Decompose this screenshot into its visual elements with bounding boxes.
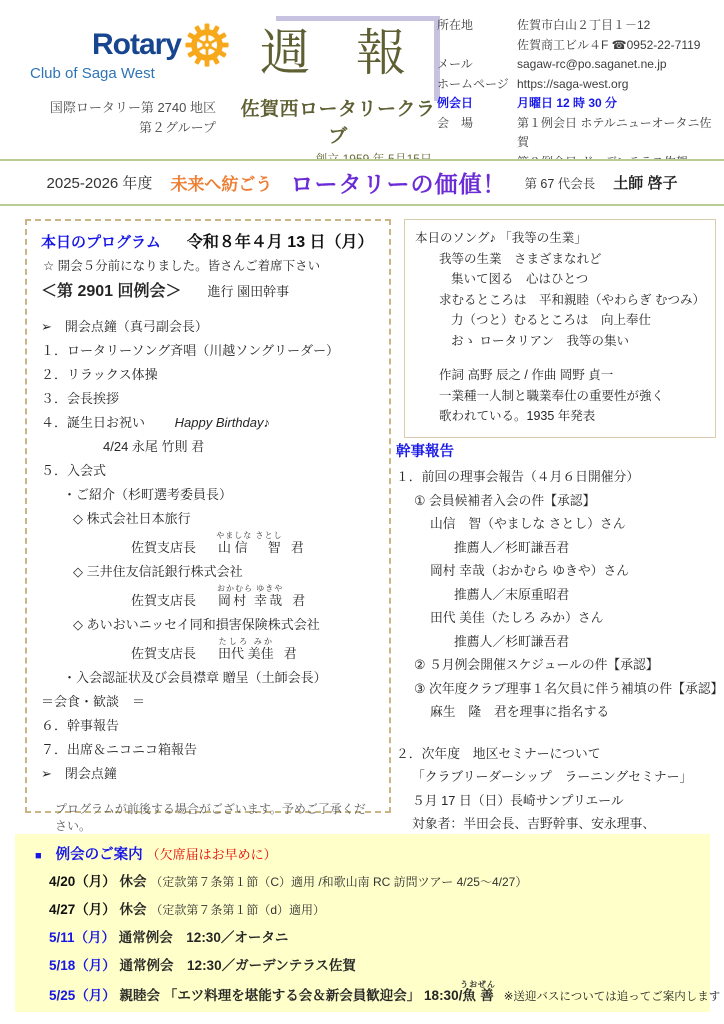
- facilitator: 進行 園田幹事: [208, 281, 290, 300]
- candidate-name: 田代 美佳（たしろ みか）さん: [396, 606, 720, 630]
- honorific: 君: [284, 646, 297, 661]
- program-item-opening-bell: ➢ 開会点鐘（真弓副会長）: [41, 315, 375, 339]
- shuttle-bus-note: ※送迎バスについては追ってご案内します: [504, 991, 720, 1003]
- member-role: 佐賀支店長: [131, 593, 196, 608]
- program-item-induction: ５．入会式: [41, 459, 375, 483]
- info-label: [437, 36, 517, 56]
- new-member-2: 佐賀支店長岡村 幸哉おかむら ゆきや君: [41, 584, 375, 613]
- schedule-date: 4/20（月）: [49, 874, 116, 889]
- email-link[interactable]: sagaw-rc@po.saganet.ne.jp: [517, 55, 719, 75]
- info-value: 佐賀市白山２丁目１－12: [517, 16, 719, 36]
- new-member-1: 佐賀支店長山信 智やましな さとし君: [41, 531, 375, 560]
- secretary-spacer: [396, 724, 720, 742]
- song-title: 本日のソング♪ 「我等の生業」: [415, 228, 705, 249]
- pre-opening-notice: ☆ 開会５分前になりました。皆さんご着席下さい: [43, 256, 375, 274]
- info-label: 会 場: [437, 114, 517, 153]
- certificate-presentation: ・入会認証状及び会員襟章 贈呈（土師会長）: [41, 666, 375, 690]
- corner-bracket-decoration: [276, 16, 440, 101]
- seminar-date-venue: ５月 17 日（日）長崎サンプリエール: [396, 789, 720, 813]
- agenda-item-1: ① 会員候補者入会の件【承認】: [396, 489, 720, 513]
- schedule-header: ■ 例会のご案内 （欠席届はお早めに）: [35, 843, 690, 864]
- info-label: メール: [437, 55, 517, 75]
- schedule-detail: （定款第７条第１節（C）適用 /和歌山南 RC 訪問ツアー 4/25～4/27）: [150, 875, 527, 889]
- info-label: 所在地: [437, 16, 517, 36]
- homepage-link[interactable]: https://saga-west.org: [517, 75, 719, 95]
- program-title: 本日のプログラム: [41, 231, 161, 252]
- song-spacer: [415, 351, 705, 365]
- info-label: ホームページ: [437, 75, 517, 95]
- rotary-logo-block: Rotary: [30, 22, 230, 138]
- contact-info-block: 所在地 佐賀市白山２丁目１－12 佐賀商工ビル４F ☎0952-22-7119 …: [437, 16, 719, 172]
- program-item-birthday: ４．誕生日お祝い Happy Birthday♪: [41, 411, 375, 435]
- district-seminar-heading: ２．次年度 地区セミナーについて: [396, 742, 720, 766]
- meal-chat-divider: ＝会食・歓談 ＝: [41, 690, 375, 714]
- honorific: 君: [292, 593, 305, 608]
- schedule-date: 4/27（月）: [49, 902, 116, 917]
- member-role: 佐賀支店長: [131, 646, 196, 661]
- candidate-name: 山信 智（やましな さとし）さん: [396, 512, 720, 536]
- info-row-address2: 佐賀商工ビル４F ☎0952-22-7119: [437, 36, 719, 56]
- club-slogan: 未来へ紡ごう: [170, 170, 272, 195]
- schedule-event: 通常例会 12:30／ガーデンテラス佐賀: [120, 958, 356, 973]
- new-member-company-2: ◇ 三井住友信託銀行株式会社: [41, 560, 375, 584]
- banner-divider-line: [0, 204, 724, 206]
- program-item-attendance-report: ７．出席＆ニコニコ箱報告: [41, 738, 375, 762]
- secretary-report-section: 幹事報告 １．前回の理事会報告（４月６日開催分） ① 会員候補者入会の件【承認】…: [396, 440, 720, 859]
- bulletin-title-block: 週 報 佐賀西ロータリークラブ 創立 1959 年 5月15日: [238, 12, 438, 167]
- schedule-date: 5/11（月）: [49, 930, 115, 945]
- venue-furigana: うおぜん: [460, 980, 496, 989]
- schedule-event: 休会: [120, 902, 147, 917]
- program-date: 令和８年４月 13 日（月）: [187, 229, 374, 252]
- secretary-report-heading: 幹事報告: [396, 440, 720, 461]
- rotary-wheel-icon: [184, 22, 230, 73]
- info-row-email: メール sagaw-rc@po.saganet.ne.jp: [437, 55, 719, 75]
- bulletin-page: Rotary: [0, 0, 724, 1024]
- recommender: 推薦人／末原重昭君: [396, 583, 720, 607]
- recommender: 推薦人／杉町謙吾君: [396, 630, 720, 654]
- seminar-name: 「クラブリーダーシップ ラーニングセミナー」: [396, 765, 720, 789]
- member-name: 田代 美佳たしろ みか: [218, 646, 274, 661]
- honorific: 君: [291, 540, 304, 555]
- program-item-secretary-report: ６．幹事報告: [41, 714, 375, 738]
- program-header: 本日のプログラム 令和８年４月 13 日（月）: [41, 229, 375, 252]
- info-row-venue: 会 場 第１例会日 ホテルニューオータニ佐賀: [437, 114, 719, 153]
- agenda-item-2: ② ５月例会開催スケジュールの件【承認】: [396, 653, 720, 677]
- meeting-schedule-box: ■ 例会のご案内 （欠席届はお早めに） 4/20（月） 休会 （定款第７条第１節…: [15, 834, 710, 1012]
- info-row-address: 所在地 佐賀市白山２丁目１－12: [437, 16, 719, 36]
- song-lyric-line: 求むるところは 平和親睦（やわらぎ むつみ）: [415, 290, 705, 311]
- song-lyric-line: おゝ ロータリアン 我等の集い: [415, 331, 705, 352]
- schedule-row: 4/20（月） 休会 （定款第７条第１節（C）適用 /和歌山南 RC 訪問ツアー…: [35, 868, 690, 896]
- rotary-wordmark: Rotary: [92, 30, 181, 60]
- info-value-phone: 佐賀商工ビル４F ☎0952-22-7119: [517, 36, 719, 56]
- seminar-attendees-line: 対象者：半田会長、吉野幹事、安永理事、: [396, 812, 720, 836]
- schedule-event: 親睦会 「エツ料理を堪能する会＆新会員歓迎会」 18:30/: [120, 988, 463, 1003]
- song-lyric-line: 集いて図る 心はひとつ: [415, 269, 705, 290]
- schedule-title: 例会のご案内: [56, 843, 143, 864]
- song-description-line: 歌われている。1935 年発表: [415, 406, 705, 427]
- birthday-label: ４．誕生日お祝い: [41, 415, 145, 430]
- schedule-row: 5/11（月） 通常例会 12:30／オータニ: [35, 924, 690, 952]
- info-value: 月曜日 12 時 30 分: [517, 94, 719, 114]
- agenda-item-3: ③ 次年度クラブ理事１名欠員に伴う補填の件【承認】: [396, 677, 720, 701]
- candidate-name: 岡村 幸哉（おかむら ゆきや）さん: [396, 559, 720, 583]
- district-label: 国際ロータリー第 2740 地区 第２グループ: [30, 98, 230, 138]
- info-value: 第１例会日 ホテルニューオータニ佐賀: [517, 114, 719, 153]
- president-name: 土師 啓子: [613, 172, 677, 193]
- todays-song-box: 本日のソング♪ 「我等の生業」 我等の生業 さまざまなれど 集いて図る 心はひと…: [404, 219, 716, 438]
- rotary-year: 2025-2026 年度: [47, 172, 153, 193]
- new-member-3: 佐賀支店長田代 美佳たしろ みか君: [41, 637, 375, 666]
- board-meeting-report: １．前回の理事会報告（４月６日開催分）: [396, 465, 720, 489]
- schedule-event: 通常例会 12:30／オータニ: [119, 930, 289, 945]
- song-credits: 作詞 高野 辰之 / 作曲 岡野 貞一: [415, 365, 705, 386]
- song-lyric-line: 我等の生業 さまざまなれど: [415, 249, 705, 270]
- venue-name: 魚善うおぜん: [462, 988, 494, 1003]
- member-name-furigana: やましな さとし: [216, 531, 282, 540]
- schedule-row: 4/27（月） 休会 （定款第７条第１節（d）適用）: [35, 896, 690, 924]
- district-line: 国際ロータリー第 2740 地区: [30, 98, 216, 118]
- club-name: 佐賀西ロータリークラブ: [238, 94, 438, 148]
- new-member-company-1: ◇ 株式会社日本旅行: [41, 507, 375, 531]
- info-row-meeting-day: 例会日 月曜日 12 時 30 分: [437, 94, 719, 114]
- group-line: 第２グループ: [30, 118, 216, 138]
- schedule-date: 5/18（月）: [49, 958, 116, 973]
- member-name-furigana: おかむら ゆきや: [217, 584, 283, 593]
- induction-introduction: ・ご紹介（杉町選考委員長）: [41, 483, 375, 507]
- todays-program-box: 本日のプログラム 令和８年４月 13 日（月） ☆ 開会５分前になりました。皆さ…: [25, 219, 391, 813]
- program-item-song: １．ロータリーソング斉唱（川越ソングリーダー）: [41, 339, 375, 363]
- schedule-row: 5/18（月） 通常例会 12:30／ガーデンテラス佐賀: [35, 952, 690, 980]
- program-item-closing-bell: ➢ 閉会点鐘: [41, 762, 375, 786]
- director-appointment: 麻生 隆 君を理事に指名する: [396, 700, 720, 724]
- info-row-homepage: ホームページ https://saga-west.org: [437, 75, 719, 95]
- member-name: 山信 智やましな さとし: [218, 540, 281, 555]
- member-name: 岡村 幸哉おかむら ゆきや: [218, 593, 282, 608]
- song-description-line: 一業種一人制と職業奉仕の重要性が強く: [415, 386, 705, 407]
- new-member-company-3: ◇ あいおいニッセイ同和損害保険株式会社: [41, 613, 375, 637]
- theme-slogan: ロータリーの価値！: [290, 166, 506, 199]
- member-name-furigana: たしろ みか: [218, 637, 274, 646]
- president-label: 第 67 代会長: [524, 174, 595, 192]
- meeting-number: ＜第 2901 回例会＞: [41, 278, 182, 301]
- happy-birthday-text: Happy Birthday♪: [175, 415, 270, 430]
- recommender: 推薦人／杉町謙吾君: [396, 536, 720, 560]
- song-lyric-line: 力（つと）むるところは 向上奉仕: [415, 310, 705, 331]
- program-item-president-greeting: ３．会長挨拶: [41, 387, 375, 411]
- year-banner: 2025-2026 年度 未来へ紡ごう ロータリーの価値！ 第 67 代会長 土…: [0, 161, 724, 204]
- schedule-date: 5/25（月）: [49, 988, 116, 1003]
- absence-notice-warning: （欠席届はお早めに）: [147, 844, 277, 863]
- schedule-detail: （定款第７条第１節（d）適用）: [150, 903, 325, 917]
- program-disclaimer: プログラムが前後する場合がございます。予めご了承ください。: [41, 800, 375, 834]
- schedule-event: 休会: [120, 874, 147, 889]
- birthday-member: 4/24 永尾 竹則 君: [41, 435, 375, 459]
- schedule-row: 5/25（月） 親睦会 「エツ料理を堪能する会＆新会員歓迎会」 18:30/魚善…: [35, 980, 690, 1011]
- program-item-exercise: ２．リラックス体操: [41, 363, 375, 387]
- meeting-number-row: ＜第 2901 回例会＞ 進行 園田幹事: [41, 278, 375, 301]
- info-label: 例会日: [437, 94, 517, 114]
- square-bullet-icon: ■: [35, 850, 42, 862]
- member-role: 佐賀支店長: [131, 540, 196, 555]
